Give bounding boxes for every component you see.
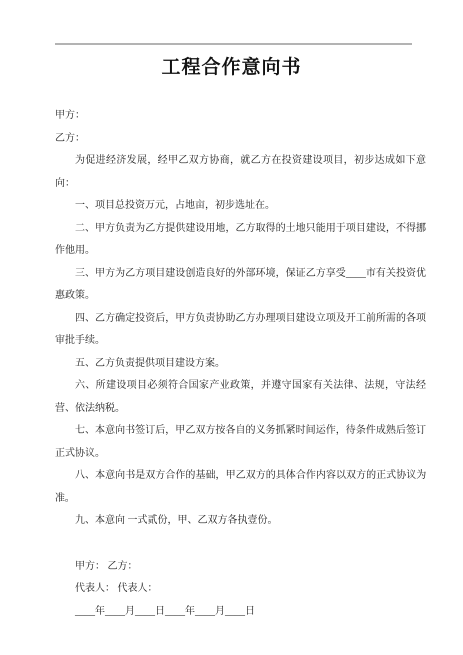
document-page: 工程合作意向书 甲方： 乙方： 为促进经济发展，经甲乙双方协商，就乙方在投资建设… — [0, 0, 463, 655]
clause-9: 九、本意向 一式贰份，甲、乙双方各执壹份。 — [55, 510, 426, 533]
clause-5: 五、乙方负责提供项目建设方案。 — [55, 353, 426, 376]
signature-parties-line: 甲方： 乙方： — [75, 556, 426, 579]
document-title: 工程合作意向书 — [0, 0, 463, 79]
clause-6: 六、所建设项目必须符合国家产业政策，并遵守国家有关法律、法规，守法经营、依法纳税… — [55, 375, 426, 420]
party-a-line: 甲方： — [55, 105, 426, 128]
clause-4: 四、乙方确定投资后，甲方负责协助乙方办理项目建设立项及开工前所需的各项审批手续。 — [55, 308, 426, 353]
header-divider — [55, 43, 412, 45]
signature-representatives-line: 代表人： 代表人： — [75, 578, 426, 601]
party-b-line: 乙方： — [55, 128, 426, 151]
clause-8: 八、本意向书是双方合作的基础，甲乙双方的具体合作内容以双方的正式协议为准。 — [55, 465, 426, 510]
clause-2: 二、甲方负责为乙方提供建设用地，乙方取得的土地只能用于项目建设，不得挪作他用。 — [55, 218, 426, 263]
clause-7: 七、本意向书签订后，甲乙双方按各自的义务抓紧时间运作，待条件成熟后签订正式协议。 — [55, 420, 426, 465]
signature-date-line: ____年____月____日____年____月____日 — [75, 601, 426, 624]
signature-block: 甲方： 乙方： 代表人： 代表人： ____年____月____日____年__… — [55, 556, 426, 624]
document-body: 甲方： 乙方： 为促进经济发展，经甲乙双方协商，就乙方在投资建设项目，初步达成如… — [0, 105, 463, 623]
intro-paragraph: 为促进经济发展，经甲乙双方协商，就乙方在投资建设项目，初步达成如下意向： — [55, 150, 426, 195]
clause-1: 一、项目总投资万元，占地亩，初步选址在。 — [55, 195, 426, 218]
clause-3: 三、甲方为乙方项目建设创造良好的外部环境，保证乙方享受____市有关投资优惠政策… — [55, 263, 426, 308]
